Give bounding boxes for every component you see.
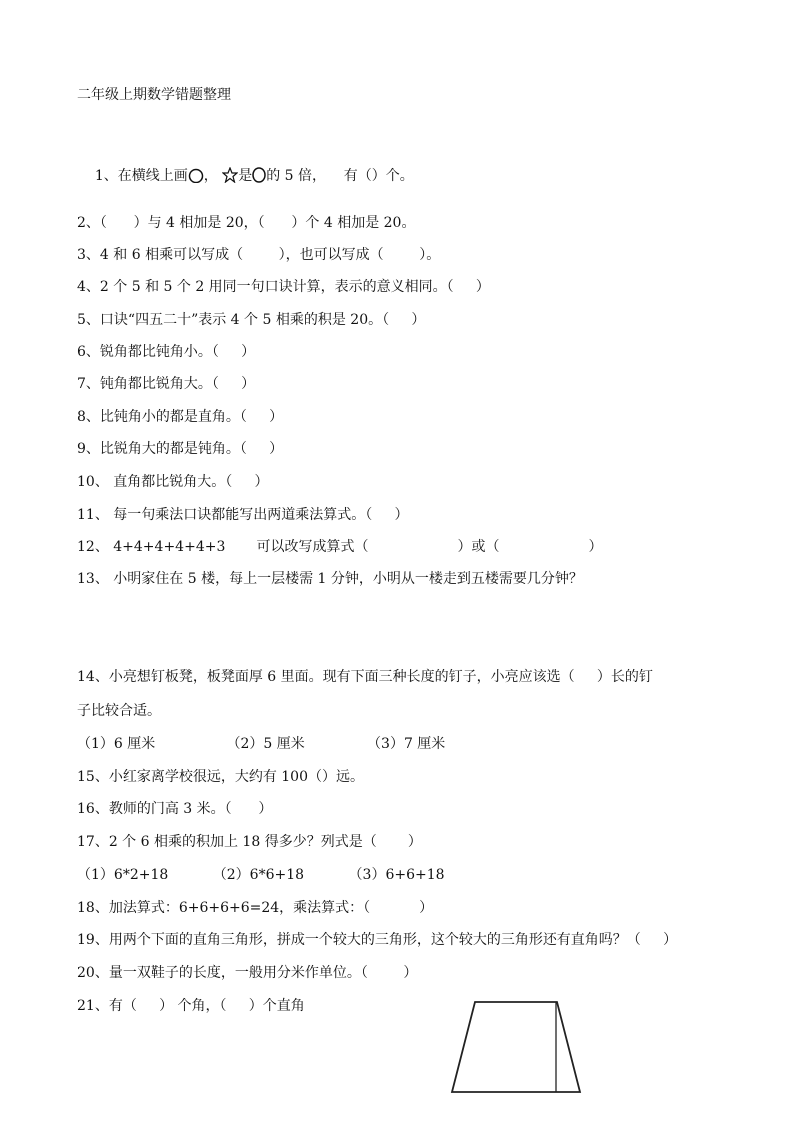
question-17-options: （1）6*2+18 （2）6*6+18 （3）6+6+18: [77, 866, 445, 884]
q1-suffix: 的 5 倍， 有（）个。: [266, 168, 414, 184]
circle-icon: [252, 167, 266, 188]
question-4: 4、2 个 5 和 5 个 2 用同一句口诀计算，表示的意义相同。（ ）: [77, 278, 490, 296]
question-14-options: （1）6 厘米 （2）5 厘米 （3）7 厘米: [77, 735, 445, 753]
question-1: 1、在横线上画， 是的 5 倍， 有（）个。: [77, 149, 414, 206]
question-2: 2、（ ）与 4 相加是 20，（ ）个 4 相加是 20。: [77, 214, 415, 232]
question-10: 10、 直角都比锐角大。（ ）: [77, 473, 269, 491]
question-15: 15、小红家离学校很远，大约有 100（）远。: [77, 768, 364, 786]
q1-mid: 是: [238, 168, 252, 184]
question-17: 17、2 个 6 相乘的积加上 18 得多少？列式是（ ）: [77, 833, 422, 851]
page-title: 二年级上期数学错题整理: [77, 86, 231, 104]
q1-sep: ，: [204, 168, 218, 184]
question-3: 3、4 和 6 相乘可以写成（ ），也可以写成（ ）。: [77, 246, 440, 264]
q1-prefix: 1、在横线上画: [95, 168, 188, 184]
question-11: 11、 每一句乘法口诀都能写出两道乘法算式。（ ）: [77, 506, 409, 524]
question-6: 6、锐角都比钝角小。（ ）: [77, 343, 255, 361]
circle-icon: [188, 167, 204, 188]
trapezoid-figure: [450, 1000, 585, 1096]
question-16: 16、教师的门高 3 米。（ ）: [77, 800, 272, 818]
question-7: 7、钝角都比锐角大。（ ）: [77, 375, 255, 393]
question-21: 21、有（ ） 个角，（ ）个直角: [77, 997, 305, 1015]
question-19: 19、用两个下面的直角三角形，拼成一个较大的三角形，这个较大的三角形还有直角吗？…: [77, 931, 677, 949]
question-14: 14、小亮想钉板凳，板凳面厚 6 里面。现有下面三种长度的钉子，小亮应该选（ ）…: [77, 668, 653, 686]
question-12: 12、 4+4+4+4+4+3 可以改写成算式（ ）或（ ）: [77, 538, 603, 556]
question-18: 18、加法算式：6+6+6+6=24，乘法算式：（ ）: [77, 899, 433, 917]
question-9: 9、比锐角大的都是钝角。（ ）: [77, 440, 283, 458]
question-8: 8、比钝角小的都是直角。（ ）: [77, 408, 283, 426]
star-icon: [222, 167, 238, 188]
question-13: 13、 小明家住在 5 楼，每上一层楼需 1 分钟，小明从一楼走到五楼需要几分钟…: [77, 570, 583, 588]
question-14-cont: 子比较合适。: [77, 702, 161, 720]
question-20: 20、量一双鞋子的长度，一般用分米作单位。（ ）: [77, 964, 417, 982]
question-5: 5、口诀“四五二十”表示 4 个 5 相乘的积是 20。（ ）: [77, 311, 425, 329]
